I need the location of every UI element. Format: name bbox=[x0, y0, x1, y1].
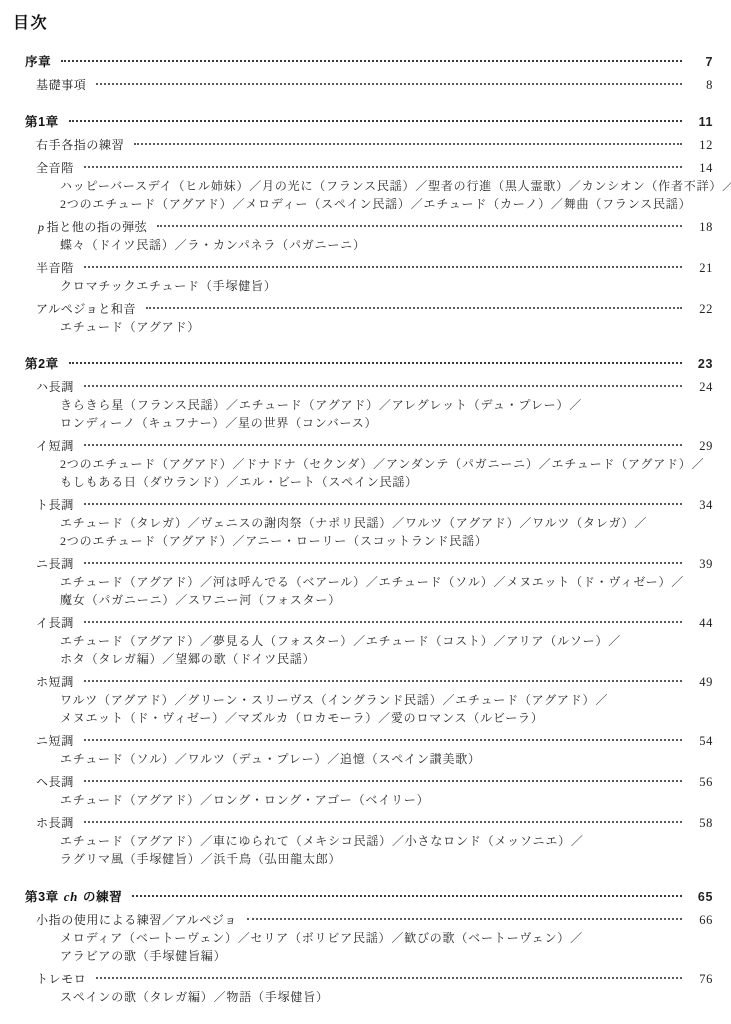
italic-finger-symbol: p bbox=[38, 220, 45, 234]
section-label: イ短調 bbox=[36, 438, 74, 455]
song-line: エチュード（アグアド）／車にゆられて（メキシコ民謡）／小さなロンド（メッソニエ）… bbox=[60, 833, 713, 850]
dot-leader bbox=[84, 680, 682, 682]
toc-section-row: ニ長調 39 bbox=[36, 556, 713, 573]
section-label: イ長調 bbox=[36, 615, 74, 632]
page-number: 22 bbox=[689, 301, 713, 318]
song-line: ワルツ（アグアド）／グリーン・スリーヴス（イングランド民謡）／エチュード（アグア… bbox=[60, 692, 713, 709]
toc-chapter-row: 第1章 11 bbox=[25, 114, 713, 131]
dot-leader bbox=[134, 143, 682, 145]
page-number: 39 bbox=[689, 556, 713, 573]
toc-section-row: 全音階 14 bbox=[36, 160, 713, 177]
song-line: 2つのエチュード（アグアド）／ドナドナ（セクンダ）／アンダンテ（パガニーニ）／エ… bbox=[60, 456, 713, 473]
section-label: 小指の使用による練習／アルペジョ bbox=[36, 912, 237, 929]
dot-leader bbox=[84, 739, 682, 741]
page-number: 14 bbox=[689, 160, 713, 177]
page-number: 12 bbox=[689, 137, 713, 154]
section-label-text: 指と他の指の弾弦 bbox=[47, 220, 148, 234]
chapter-label: 序章 bbox=[25, 54, 51, 71]
song-line: きらきら星（フランス民謡）／エチュード（アグアド）／アレグレット（デュ・プレー）… bbox=[60, 397, 713, 414]
song-line: 蝶々（ドイツ民謡）／ラ・カンパネラ（パガニーニ） bbox=[60, 237, 713, 254]
section-label: ニ長調 bbox=[36, 556, 74, 573]
section-label: 右手各指の練習 bbox=[36, 137, 124, 154]
section-label: ヘ長調 bbox=[36, 774, 74, 791]
song-line: メロディア（ベートーヴェン）／セリア（ボリビア民謡）／歓びの歌（ベートーヴェン）… bbox=[60, 930, 713, 947]
dot-leader bbox=[84, 444, 682, 446]
dot-leader bbox=[146, 307, 682, 309]
dot-leader bbox=[132, 895, 682, 897]
toc-section-row: 右手各指の練習 12 bbox=[36, 137, 713, 154]
page-number: 65 bbox=[689, 889, 713, 906]
toc-section-row: ト長調 34 bbox=[36, 497, 713, 514]
dot-leader bbox=[84, 385, 682, 387]
dot-leader bbox=[69, 120, 682, 122]
song-line: エチュード（タレガ）／ヴェニスの謝肉祭（ナポリ民謡）／ワルツ（アグアド）／ワルツ… bbox=[60, 515, 713, 532]
section-label: p指と他の指の弾弦 bbox=[36, 219, 147, 236]
section-label: 全音階 bbox=[36, 160, 74, 177]
dot-leader bbox=[84, 503, 682, 505]
section-label: ト長調 bbox=[36, 497, 74, 514]
toc-section-row: ホ長調 58 bbox=[36, 815, 713, 832]
page-number: 24 bbox=[689, 379, 713, 396]
page-number: 29 bbox=[689, 438, 713, 455]
song-line: 2つのエチュード（アグアド）／アニー・ローリー（スコットランド民謡） bbox=[60, 533, 713, 550]
chapter-label: 第2章 bbox=[25, 356, 59, 373]
dot-leader bbox=[61, 60, 682, 62]
song-line: メヌエット（ド・ヴィゼー）／マズルカ（ロカモーラ）／愛のロマンス（ルビーラ） bbox=[60, 710, 713, 727]
toc-section-row: イ長調 44 bbox=[36, 615, 713, 632]
song-line: エチュード（アグアド）／夢見る人（フォスター）／エチュード（コスト）／アリア（ル… bbox=[60, 633, 713, 650]
toc-section-row: 小指の使用による練習／アルペジョ 66 bbox=[36, 912, 713, 929]
toc-page: 目次 序章 7 基礎事項 8 第1章 11 右手各指の練習 12 全音階 14 … bbox=[0, 0, 731, 1024]
dot-leader bbox=[96, 83, 682, 85]
page-number: 23 bbox=[689, 356, 713, 373]
dot-leader bbox=[247, 918, 682, 920]
toc-section-row: ヘ長調 56 bbox=[36, 774, 713, 791]
page-number: 34 bbox=[689, 497, 713, 514]
italic-ch-symbol: ch bbox=[64, 889, 78, 904]
dot-leader bbox=[84, 562, 682, 564]
toc-section-row: ニ短調 54 bbox=[36, 733, 713, 750]
dot-leader bbox=[84, 780, 682, 782]
page-number: 54 bbox=[689, 733, 713, 750]
dot-leader bbox=[84, 821, 682, 823]
song-line: クロマチックエチュード（手塚健旨） bbox=[60, 278, 713, 295]
toc-section-row: アルペジョと和音 22 bbox=[36, 301, 713, 318]
chapter-label: 第1章 bbox=[25, 114, 59, 131]
chapter-label-suffix: の練習 bbox=[83, 890, 122, 904]
section-label: トレモロ bbox=[36, 971, 86, 988]
dot-leader bbox=[157, 225, 682, 227]
page-number: 49 bbox=[689, 674, 713, 691]
song-line: ラグリマ風（手塚健旨）／浜千鳥（弘田龍太郎） bbox=[60, 851, 713, 868]
toc-section-row: p指と他の指の弾弦 18 bbox=[36, 219, 713, 236]
song-line: 2つのエチュード（アグアド）／メロディー（スペイン民謡）／エチュード（カーノ）／… bbox=[60, 196, 713, 213]
song-line: エチュード（アグアド） bbox=[60, 319, 713, 336]
section-label: ニ短調 bbox=[36, 733, 74, 750]
song-line: エチュード（ソル）／ワルツ（デュ・プレー）／追憶（スペイン讃美歌） bbox=[60, 751, 713, 768]
page-number: 8 bbox=[689, 77, 713, 94]
toc-chapter-row: 第3章chの練習 65 bbox=[25, 888, 713, 906]
song-line: ホタ（タレガ編）／望郷の歌（ドイツ民謡） bbox=[60, 651, 713, 668]
song-line: もしもある日（ダウランド）／エル・ビート（スペイン民謡） bbox=[60, 474, 713, 491]
page-number: 44 bbox=[689, 615, 713, 632]
song-line: アラビアの歌（手塚健旨編） bbox=[60, 948, 713, 965]
toc-section-row: 基礎事項 8 bbox=[36, 77, 713, 94]
song-line: エチュード（アグアド）／河は呼んでる（ベアール）／エチュード（ソル）／メヌエット… bbox=[60, 574, 713, 591]
page-number: 58 bbox=[689, 815, 713, 832]
chapter-label: 第3章chの練習 bbox=[25, 888, 122, 906]
dot-leader bbox=[96, 977, 682, 979]
page-title: 目次 bbox=[13, 14, 713, 34]
toc-section-row: 半音階 21 bbox=[36, 260, 713, 277]
section-label: アルペジョと和音 bbox=[36, 301, 136, 318]
page-number: 18 bbox=[689, 219, 713, 236]
song-line: スペインの歌（タレガ編）／物語（手塚健旨） bbox=[60, 989, 713, 1006]
toc-section-row: ハ長調 24 bbox=[36, 379, 713, 396]
dot-leader bbox=[84, 621, 682, 623]
toc-section-row: トレモロ 76 bbox=[36, 971, 713, 988]
song-line: ハッピーバースデイ（ヒル姉妹）／月の光に（フランス民謡）／聖者の行進（黒人霊歌）… bbox=[60, 178, 713, 195]
section-label: ホ長調 bbox=[36, 815, 74, 832]
page-number: 21 bbox=[689, 260, 713, 277]
song-line: ロンディーノ（キュフナー）／星の世界（コンバース） bbox=[60, 415, 713, 432]
section-label: ホ短調 bbox=[36, 674, 74, 691]
chapter-number: 第3章 bbox=[25, 890, 59, 904]
dot-leader bbox=[69, 362, 682, 364]
song-line: エチュード（アグアド）／ロング・ロング・アゴー（ベイリー） bbox=[60, 792, 713, 809]
section-label: 基礎事項 bbox=[36, 77, 86, 94]
section-label: 半音階 bbox=[36, 260, 74, 277]
page-number: 56 bbox=[689, 774, 713, 791]
song-line: 魔女（パガニーニ）／スワニー河（フォスター） bbox=[60, 592, 713, 609]
dot-leader bbox=[84, 266, 682, 268]
toc-section-row: ホ短調 49 bbox=[36, 674, 713, 691]
toc-section-row: イ短調 29 bbox=[36, 438, 713, 455]
page-number: 76 bbox=[689, 971, 713, 988]
dot-leader bbox=[84, 166, 682, 168]
page-number: 66 bbox=[689, 912, 713, 929]
toc-chapter-row: 序章 7 bbox=[25, 54, 713, 71]
toc-chapter-row: 第2章 23 bbox=[25, 356, 713, 373]
page-number: 7 bbox=[689, 54, 713, 71]
page-number: 11 bbox=[689, 114, 713, 131]
section-label: ハ長調 bbox=[36, 379, 74, 396]
